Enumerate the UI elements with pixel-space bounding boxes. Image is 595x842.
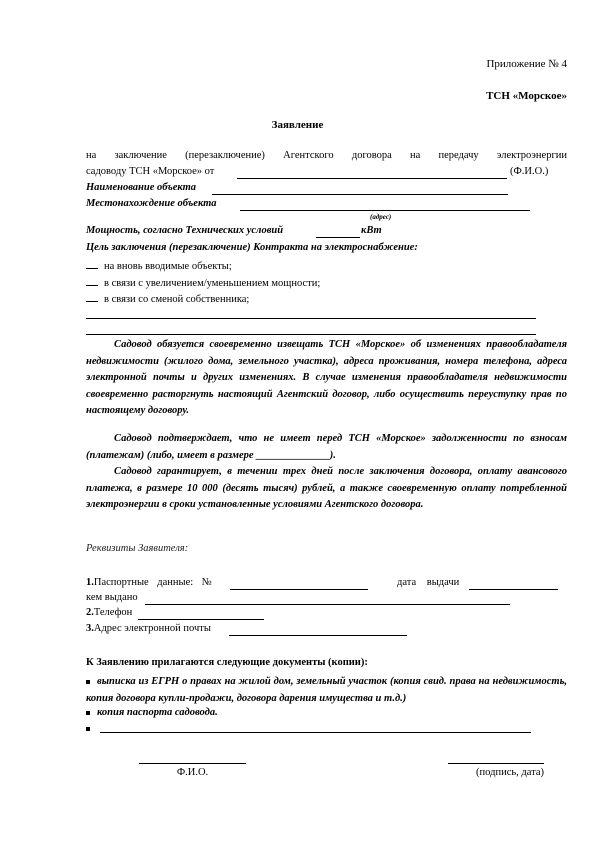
object-name-label: Наименование объекта: [86, 182, 196, 193]
intro-line-1: на заключение (перезаключение) Агентског…: [86, 150, 567, 161]
address-hint: (адрес): [370, 213, 391, 221]
option-label: на вновь вводимые объекты;: [104, 261, 232, 272]
purpose-option-owner-change[interactable]: в связи со сменой собственника;: [86, 292, 249, 305]
document-title: Заявление: [0, 119, 595, 131]
name-signature-line[interactable]: [139, 763, 246, 764]
power-unit: кВт: [361, 225, 382, 236]
fio-caption: (Ф.И.О.): [510, 166, 548, 177]
power-label: Мощность, согласно Технических условий: [86, 225, 283, 236]
applicant-name-field[interactable]: [237, 178, 507, 179]
name-caption: Ф.И.О.: [139, 767, 246, 778]
signature-date-line[interactable]: [448, 763, 544, 764]
passport-number-field[interactable]: [230, 589, 368, 590]
purpose-other-line-1[interactable]: [86, 318, 536, 319]
no-debt-paragraph: Садовод подтверждает, что не имеет перед…: [86, 431, 567, 464]
issued-by-field[interactable]: [145, 604, 510, 605]
phone-row: 2.Телефон: [86, 607, 132, 618]
option-checkbox[interactable]: [86, 276, 98, 286]
attachment-item-egrn: выписка из ЕГРН о правах на жилой дом, з…: [86, 673, 567, 707]
signature-caption: (подпись, дата): [440, 767, 544, 778]
object-name-field[interactable]: [212, 194, 508, 195]
purpose-option-power-change[interactable]: в связи с увеличением/уменьшением мощнос…: [86, 276, 320, 289]
passport-row: 1.Паспортные данные: №: [86, 577, 212, 588]
issued-by-label: кем выдано: [86, 592, 138, 603]
object-location-label: Местонахождение объекта: [86, 198, 217, 209]
attachment-item-passport: копия паспорта садовода.: [86, 707, 218, 718]
option-checkbox[interactable]: [86, 259, 98, 269]
email-row: 3.Адрес электронной почты: [86, 623, 211, 634]
purpose-label: Цель заключения (перезаключение) Контрак…: [86, 242, 418, 253]
attachment-other-field[interactable]: [100, 732, 531, 733]
issue-date-field[interactable]: [469, 589, 558, 590]
attachment-item-other: [86, 723, 97, 734]
email-field[interactable]: [229, 635, 407, 636]
option-label: в связи со сменой собственника;: [104, 294, 249, 305]
bullet-icon: [86, 680, 90, 684]
bullet-icon: [86, 727, 90, 731]
appendix-label: Приложение № 4: [486, 58, 567, 70]
organization-name: ТСН «Морское»: [486, 90, 567, 102]
object-location-field[interactable]: [240, 210, 530, 211]
obligation-paragraph: Садовод обязуется своевременно извещать …: [86, 337, 567, 420]
purpose-option-new[interactable]: на вновь вводимые объекты;: [86, 259, 232, 272]
power-field[interactable]: [316, 237, 360, 238]
option-checkbox[interactable]: [86, 292, 98, 302]
issue-date-label: дата выдачи: [397, 577, 459, 588]
option-label: в связи с увеличением/уменьшением мощнос…: [104, 278, 320, 289]
attachments-heading: К Заявлению прилагаются следующие докуме…: [86, 657, 368, 668]
purpose-other-line-2[interactable]: [86, 334, 536, 335]
bullet-icon: [86, 711, 90, 715]
requisites-heading: Реквизиты Заявителя:: [86, 543, 188, 554]
phone-field[interactable]: [138, 619, 264, 620]
intro-line-2-prefix: садоводу ТСН «Морское» от: [86, 166, 214, 177]
guarantee-paragraph: Садовод гарантирует, в течении трех дней…: [86, 464, 567, 514]
